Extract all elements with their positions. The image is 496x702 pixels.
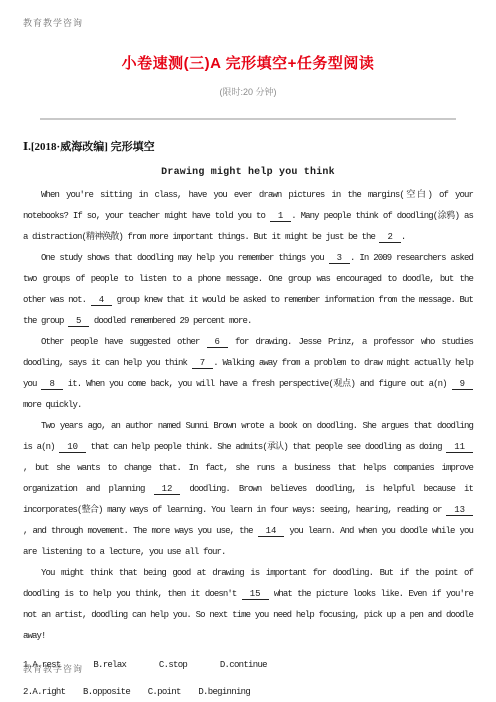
- option-2b: B.opposite: [83, 687, 130, 697]
- cloze-blank: 9: [452, 379, 473, 390]
- page-title: 小卷速测(三)A 完形填空+任务型阅读: [23, 0, 473, 73]
- cloze-blank: 13: [446, 505, 473, 516]
- answer-options: 1.A.rest B.relax C.stop D.continue 2.A.r…: [23, 652, 473, 702]
- option-2a: 2.A.right: [23, 687, 65, 697]
- passage-paragraph-3: Other people have suggested other 6 for …: [23, 332, 473, 416]
- cloze-blank: 10: [59, 442, 86, 453]
- passage-title: Drawing might help you think: [23, 167, 473, 178]
- cloze-blank: 2: [379, 232, 400, 243]
- options-row-1: 1.A.rest B.relax C.stop D.continue: [23, 652, 473, 679]
- cloze-blank: 1: [270, 211, 291, 222]
- option-1d: D.continue: [220, 660, 267, 670]
- cloze-blank: 7: [192, 358, 213, 369]
- cloze-blank: 5: [68, 316, 89, 327]
- option-1c: C.stop: [159, 660, 187, 670]
- passage-paragraph-5: You might think that being good at drawi…: [23, 563, 473, 647]
- passage-paragraph-4: Two years ago, an author named Sunni Bro…: [23, 416, 473, 563]
- option-2c: C.point: [148, 687, 181, 697]
- cloze-blank: 11: [446, 442, 473, 453]
- cloze-blank: 8: [41, 379, 62, 390]
- watermark-bottom: 教育教学咨询: [23, 662, 83, 675]
- cloze-blank: 6: [207, 337, 228, 348]
- cloze-blank: 12: [154, 484, 181, 495]
- horizontal-divider: [40, 118, 456, 120]
- passage-paragraph-1: When you're sitting in class, have you e…: [23, 185, 473, 248]
- cloze-blank: 4: [91, 295, 112, 306]
- option-1b: B.relax: [93, 660, 126, 670]
- option-2d: D.beginning: [198, 687, 250, 697]
- worksheet-page: 教育教学咨询 小卷速测(三)A 完形填空+任务型阅读 (限时:20 分钟) Ⅰ.…: [0, 0, 496, 702]
- time-limit-label: (限时:20 分钟): [23, 85, 473, 98]
- cloze-blank: 3: [329, 253, 350, 264]
- cloze-blank: 14: [258, 526, 285, 537]
- watermark-top: 教育教学咨询: [23, 16, 83, 29]
- cloze-blank: 15: [242, 589, 269, 600]
- passage-paragraph-2: One study shows that doodling may help y…: [23, 248, 473, 332]
- cloze-passage: When you're sitting in class, have you e…: [23, 185, 473, 647]
- section-header: Ⅰ.[2018·威海改编] 完形填空: [23, 138, 473, 154]
- options-row-2: 2.A.right B.opposite C.point D.beginning: [23, 679, 473, 702]
